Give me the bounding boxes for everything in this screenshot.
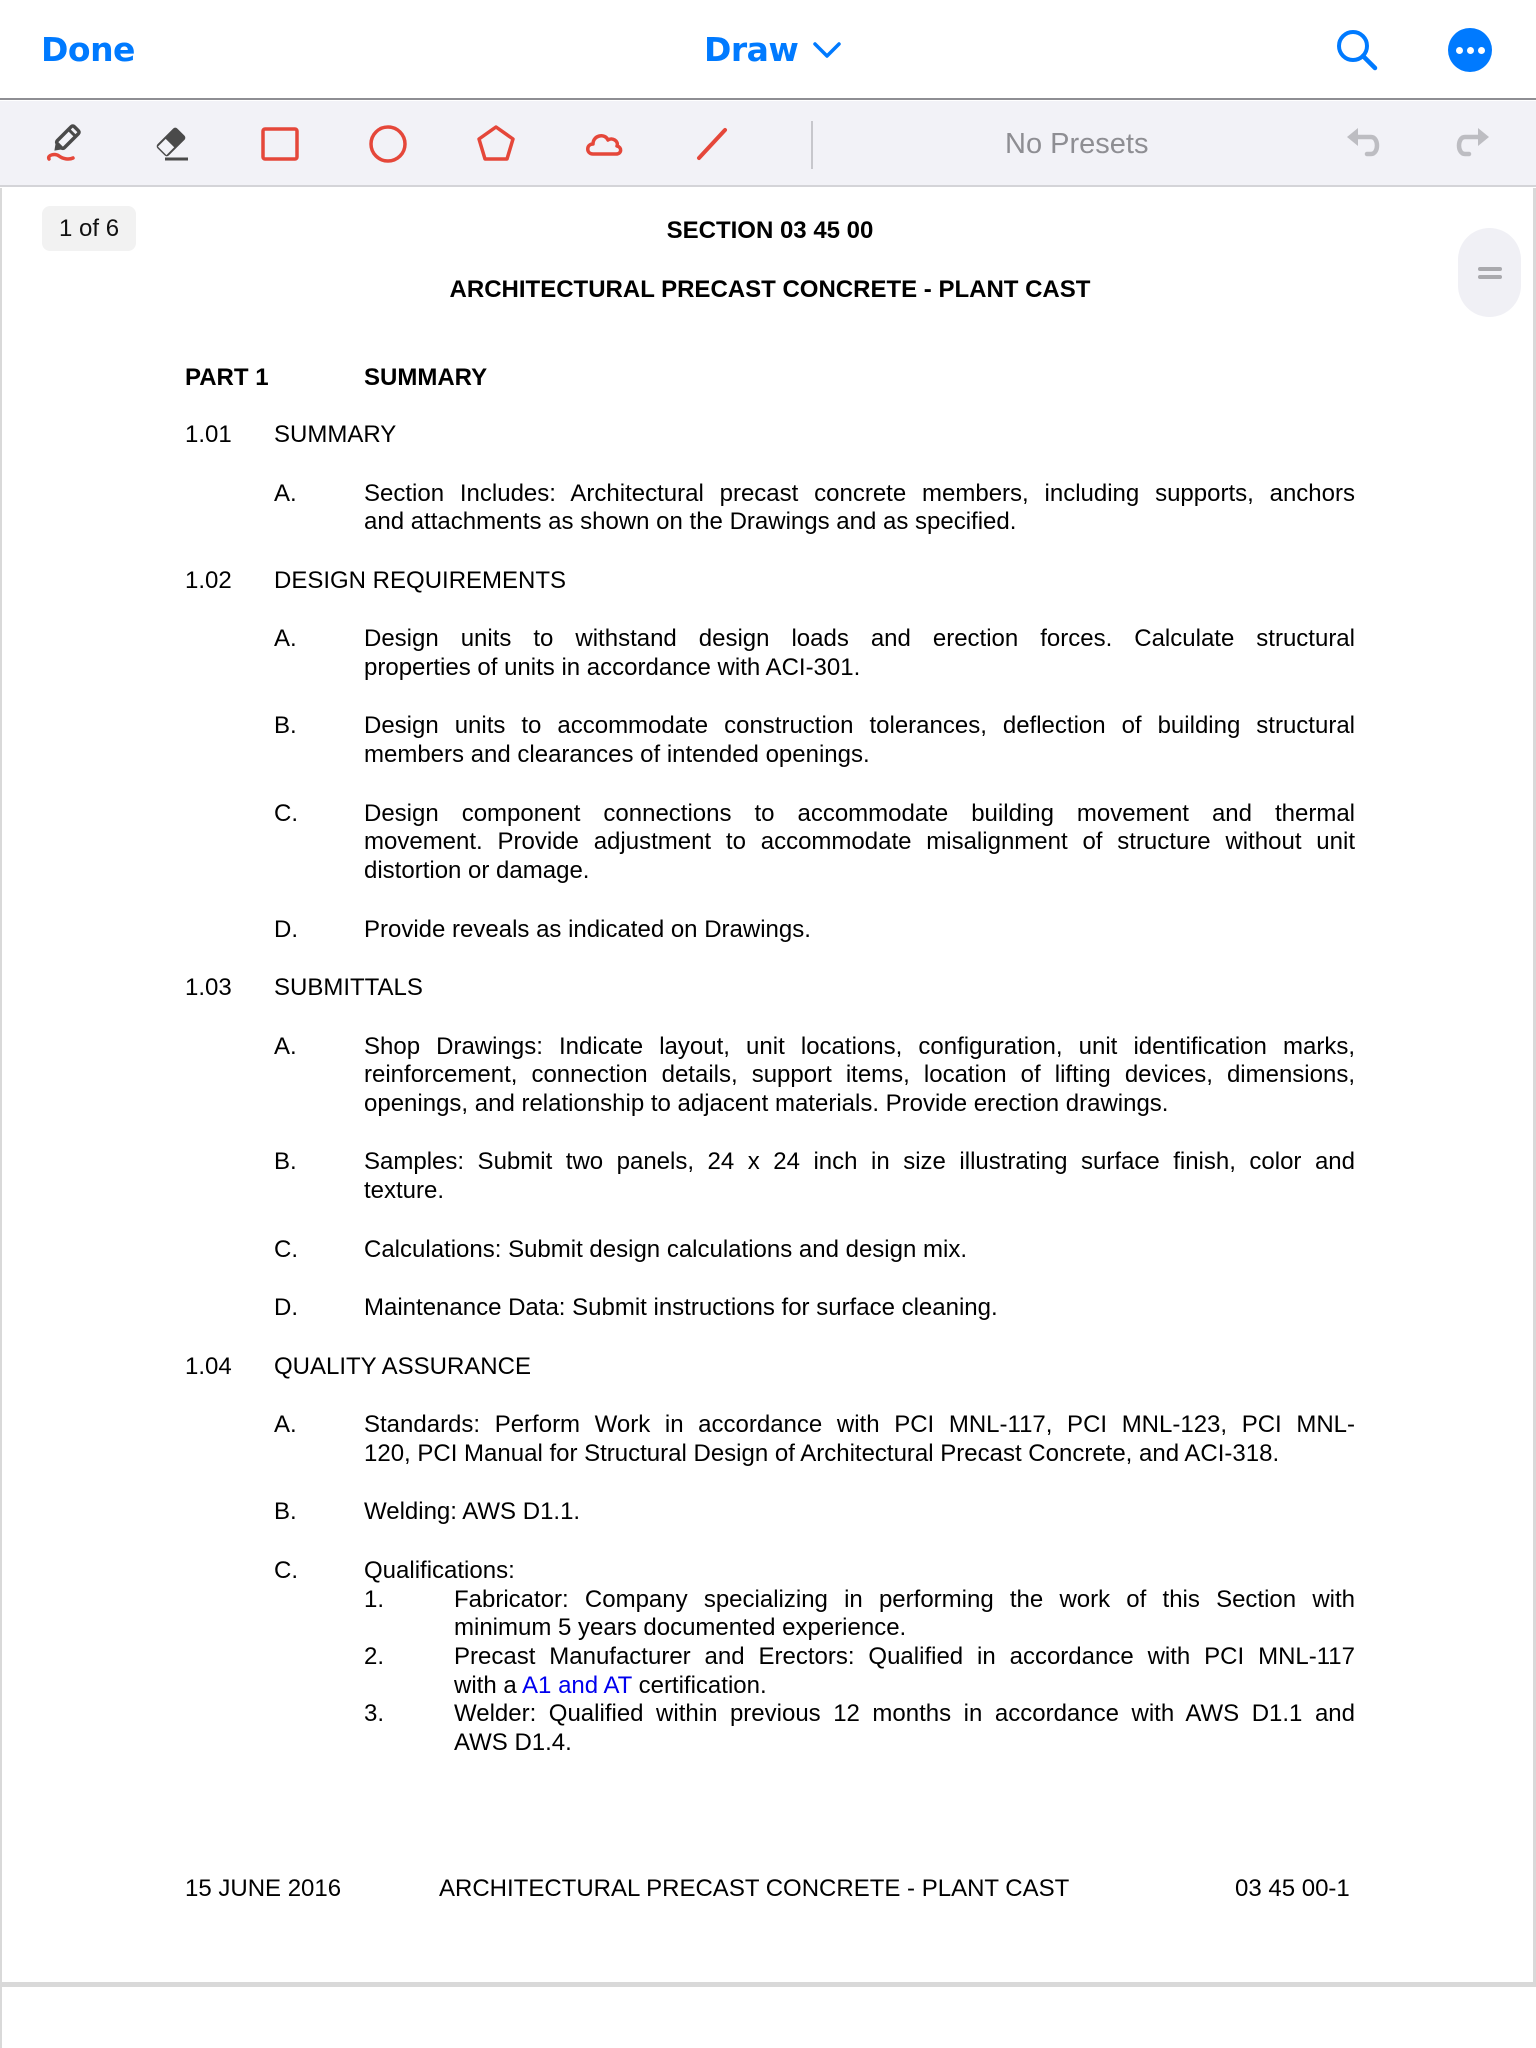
paragraph-line: Samples: Submit two panels, 24 x 24 inch…: [364, 1148, 1355, 1176]
article-number: 1.01: [185, 421, 232, 449]
article-title: QUALITY ASSURANCE: [274, 1353, 531, 1381]
paragraph-line: Design component connections to accommod…: [364, 800, 1355, 828]
subitem-text: with a: [454, 1672, 522, 1699]
eraser-icon: [149, 122, 193, 166]
paragraph-line: Shop Drawings: Indicate layout, unit loc…: [364, 1033, 1355, 1061]
paragraph-label: A.: [274, 625, 297, 653]
paragraph-label: A.: [274, 480, 297, 508]
section-number: SECTION 03 45 00: [2, 217, 1536, 245]
paragraph-line: Provide reveals as indicated on Drawings…: [364, 916, 811, 944]
undo-icon[interactable]: [1343, 123, 1387, 167]
rectangle-tool-button[interactable]: [255, 119, 305, 169]
subitem-text: certification.: [632, 1672, 767, 1699]
footer-page-code: 03 45 00-1: [1235, 1875, 1350, 1903]
document-viewer[interactable]: SECTION 03 45 00ARCHITECTURAL PRECAST CO…: [0, 188, 1536, 2048]
paragraph-label: D.: [274, 1294, 298, 1322]
circle-icon: [366, 122, 410, 166]
paragraph-label: C.: [274, 1557, 298, 1585]
polygon-tool-button[interactable]: [471, 119, 521, 169]
paragraph-line: and attachments as shown on the Drawings…: [364, 508, 1016, 536]
line-tool-button[interactable]: [687, 119, 737, 169]
pentagon-icon: [474, 122, 518, 166]
drawing-toolbar: No Presets: [0, 101, 1536, 187]
paragraph-line: distortion or damage.: [364, 857, 589, 885]
subitem-line: Welder: Qualified within previous 12 mon…: [454, 1700, 1355, 1728]
eraser-tool-button[interactable]: [146, 119, 196, 169]
paragraph-line: Design units to withstand design loads a…: [364, 625, 1355, 653]
pen-icon: [41, 122, 85, 166]
paragraph-line: movement. Provide adjustment to accommod…: [364, 828, 1355, 856]
paragraph-line: Maintenance Data: Submit instructions fo…: [364, 1294, 998, 1322]
line-icon: [690, 122, 734, 166]
mode-label: Draw: [704, 30, 798, 69]
top-nav-bar: Done Draw: [0, 0, 1536, 100]
chevron-down-icon: [812, 40, 842, 60]
certification-link[interactable]: A1 and AT: [522, 1672, 632, 1699]
redo-icon[interactable]: [1449, 123, 1493, 167]
subitem-line: AWS D1.4.: [454, 1729, 572, 1757]
part-title: SUMMARY: [364, 364, 487, 392]
grip-line-icon: [1478, 267, 1502, 271]
article-number: 1.03: [185, 974, 232, 1002]
section-title: ARCHITECTURAL PRECAST CONCRETE - PLANT C…: [2, 276, 1536, 304]
article-title: SUBMITTALS: [274, 974, 423, 1002]
paragraph-line: Section Includes: Architectural precast …: [364, 480, 1355, 508]
paragraph-label: B.: [274, 712, 297, 740]
subitem-label: 1.: [364, 1586, 384, 1614]
subitem-line: with a A1 and AT certification.: [454, 1672, 767, 1700]
paragraph-label: C.: [274, 1236, 298, 1264]
article-number: 1.02: [185, 567, 232, 595]
more-dot-icon: [1456, 47, 1463, 54]
paragraph-line: members and clearances of intended openi…: [364, 741, 870, 769]
paragraph-line: Standards: Perform Work in accordance wi…: [364, 1411, 1355, 1439]
article-title: DESIGN REQUIREMENTS: [274, 567, 566, 595]
pen-tool-button[interactable]: [38, 119, 88, 169]
footer-title: ARCHITECTURAL PRECAST CONCRETE - PLANT C…: [439, 1875, 1069, 1903]
paragraph-line: texture.: [364, 1177, 444, 1205]
subitem-label: 2.: [364, 1643, 384, 1671]
cloud-tool-button[interactable]: [579, 119, 629, 169]
more-dot-icon: [1478, 47, 1485, 54]
subitem-line: Precast Manufacturer and Erectors: Quali…: [454, 1643, 1355, 1671]
paragraph-label: D.: [274, 916, 298, 944]
paragraph-label: B.: [274, 1148, 297, 1176]
cloud-icon: [582, 122, 626, 166]
footer-date: 15 JUNE 2016: [185, 1875, 341, 1903]
search-icon[interactable]: [1334, 27, 1380, 73]
paragraph-line: reinforcement, connection details, suppo…: [364, 1061, 1355, 1089]
more-dot-icon: [1467, 47, 1474, 54]
subitem-line: minimum 5 years documented experience.: [454, 1614, 906, 1642]
scroll-handle[interactable]: [1458, 228, 1521, 317]
mode-selector[interactable]: Draw: [704, 30, 842, 69]
paragraph-line: Design units to accommodate construction…: [364, 712, 1355, 740]
article-title: SUMMARY: [274, 421, 396, 449]
paragraph-label: C.: [274, 800, 298, 828]
paragraph-line: properties of units in accordance with A…: [364, 654, 860, 682]
toolbar-divider: [811, 121, 813, 169]
paragraph-line: openings, and relationship to adjacent m…: [364, 1090, 1168, 1118]
paragraph-line: Qualifications:: [364, 1557, 515, 1585]
document-page[interactable]: SECTION 03 45 00ARCHITECTURAL PRECAST CO…: [0, 188, 1536, 1982]
done-button[interactable]: Done: [41, 30, 135, 69]
paragraph-line: 120, PCI Manual for Structural Design of…: [364, 1440, 1279, 1468]
article-number: 1.04: [185, 1353, 232, 1381]
paragraph-label: A.: [274, 1411, 297, 1439]
paragraph-label: B.: [274, 1498, 297, 1526]
presets-button[interactable]: No Presets: [1005, 128, 1148, 161]
paragraph-label: A.: [274, 1033, 297, 1061]
paragraph-line: Calculations: Submit design calculations…: [364, 1236, 967, 1264]
rectangle-icon: [258, 122, 302, 166]
paragraph-line: Welding: AWS D1.1.: [364, 1498, 580, 1526]
subitem-line: Fabricator: Company specializing in perf…: [454, 1586, 1355, 1614]
grip-line-icon: [1478, 275, 1502, 279]
ellipse-tool-button[interactable]: [363, 119, 413, 169]
part-label: PART 1: [185, 364, 269, 392]
more-button[interactable]: [1448, 28, 1492, 72]
page-indicator: 1 of 6: [42, 206, 136, 251]
subitem-label: 3.: [364, 1700, 384, 1728]
document-page-next[interactable]: [0, 1987, 1536, 2048]
